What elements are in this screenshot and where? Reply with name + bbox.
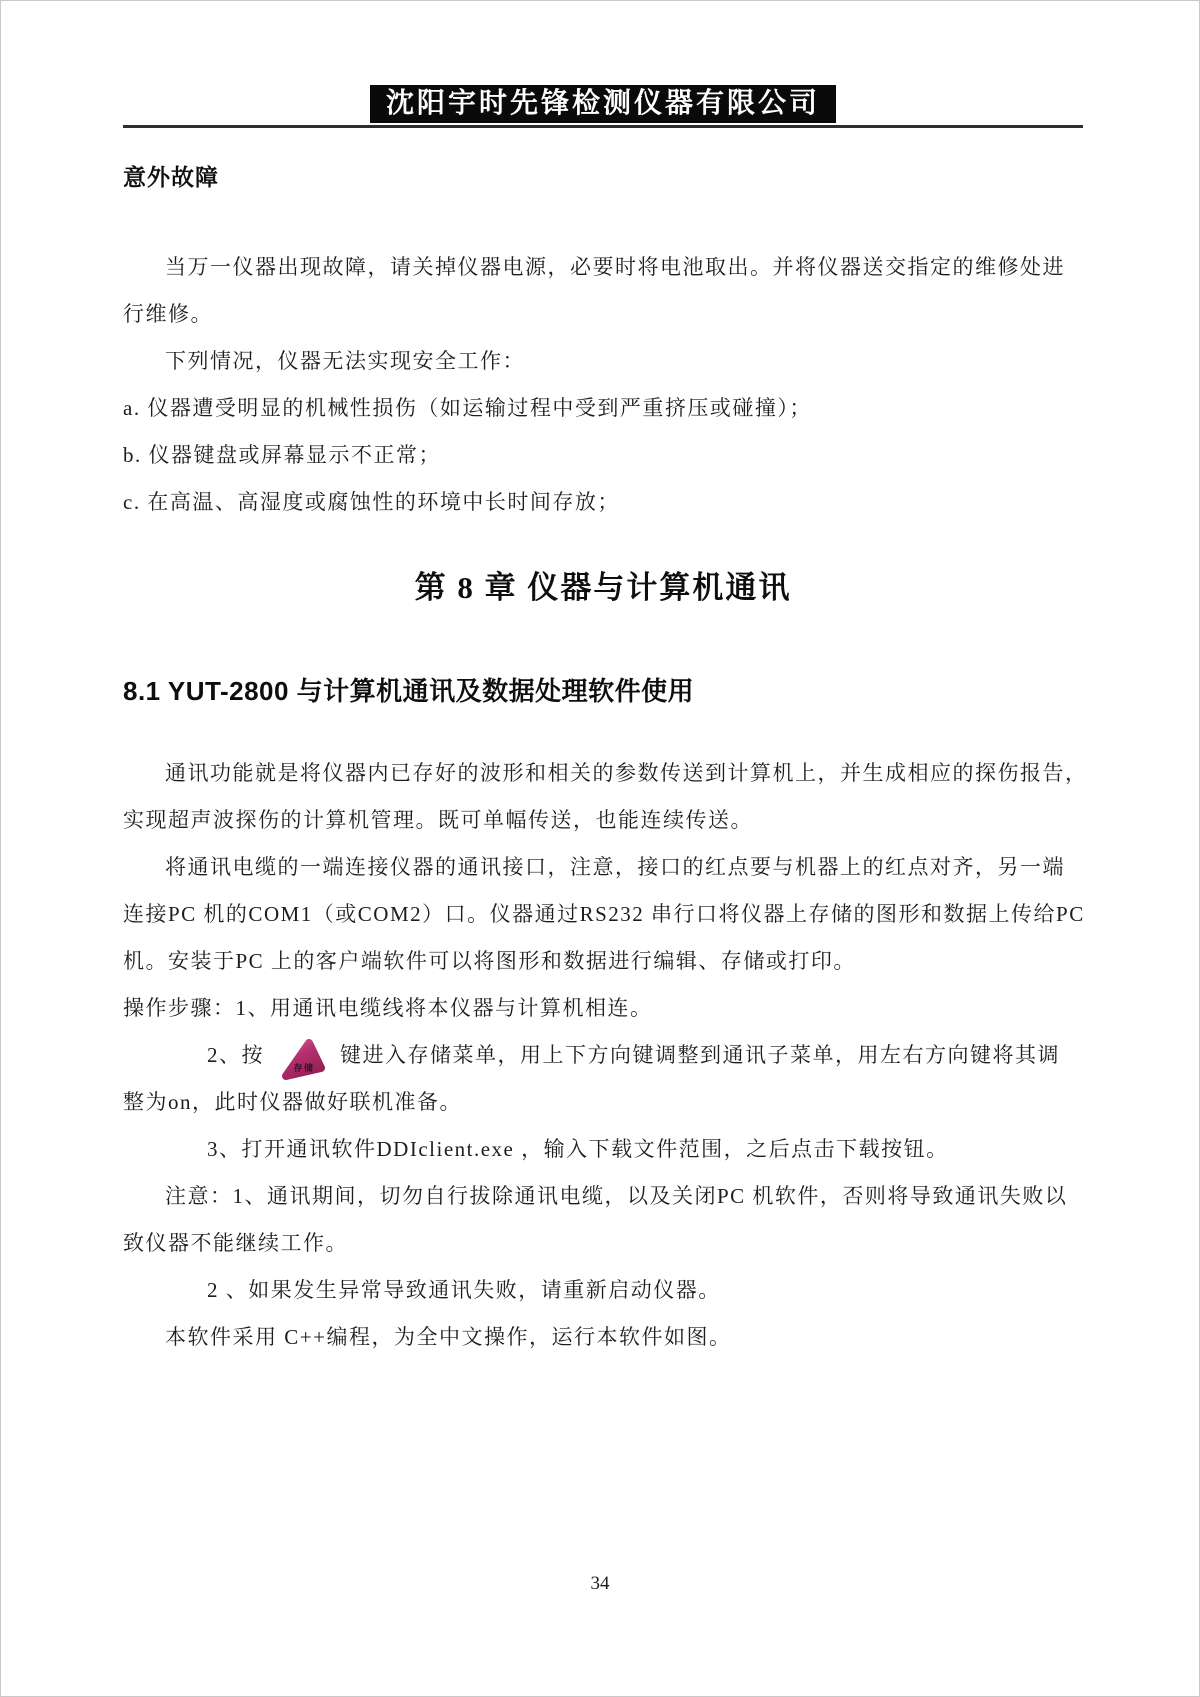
page-number: 34 [1,1573,1199,1595]
note-line: 注意：1、通讯期间，切勿自行拔除通讯电缆，以及关闭PC 机软件，否则将导致通讯失… [123,1173,1083,1220]
note-2-line: 2 、如果发生异常导致通讯失败，请重新启动仪器。 [207,1267,1083,1314]
paragraph-line: 致仪器不能继续工作。 [123,1220,1083,1267]
paragraph-line: 机。安装于PC 上的客户端软件可以将图形和数据进行编辑、存储或打印。 [123,938,1083,985]
paragraph-line: 本软件采用 C++编程，为全中文操作，运行本软件如图。 [123,1314,1083,1361]
comm-section-body: 通讯功能就是将仪器内已存好的波形和相关的参数传送到计算机上，并生成相应的探伤报告… [123,750,1083,1361]
section-8-1-heading: 8.1 YUT-2800 与计算机通讯及数据处理软件使用 [123,674,1083,708]
header-divider [123,125,1083,128]
step-2-line: 2、按 存储 键进入存储菜单，用上下方向键调整到通讯子菜单，用左右方向键将其调 [207,1032,1083,1079]
list-item-c: c. 在高温、高湿度或腐蚀性的环境中长时间存放； [123,479,1083,526]
fault-section-heading: 意外故障 [123,162,1083,192]
paragraph-line: 整为on，此时仪器做好联机准备。 [123,1079,1083,1126]
paragraph-line: 实现超声波探伤的计算机管理。既可单幅传送，也能连续传送。 [123,797,1083,844]
chapter-title: 第 8 章 仪器与计算机通讯 [123,568,1083,608]
paragraph-line: 连接PC 机的COM1（或COM2）口。仪器通过RS232 串行口将仪器上存储的… [123,891,1083,938]
paragraph-line: 行维修。 [123,291,1083,338]
list-item-a: a. 仪器遭受明显的机械性损伤（如运输过程中受到严重挤压或碰撞）； [123,385,1083,432]
store-key-icon: 存储 [276,1038,326,1082]
paragraph-line: 当万一仪器出现故障，请关掉仪器电源，必要时将电池取出。并将仪器送交指定的维修处进 [123,244,1083,291]
manual-page: 沈阳宇时先锋检测仪器有限公司 意外故障 当万一仪器出现故障，请关掉仪器电源，必要… [0,0,1200,1697]
step-2-prefix: 2、按 [207,1043,264,1067]
company-name-banner: 沈阳宇时先锋检测仪器有限公司 [370,85,836,123]
paragraph-line: 将通讯电缆的一端连接仪器的通讯接口，注意，接口的红点要与机器上的红点对齐，另一端 [123,844,1083,891]
fault-section-body: 当万一仪器出现故障，请关掉仪器电源，必要时将电池取出。并将仪器送交指定的维修处进… [123,244,1083,526]
store-key-icon-label: 存储 [293,1062,314,1073]
operation-steps-line: 操作步骤：1、用通讯电缆线将本仪器与计算机相连。 [123,985,1083,1032]
list-item-b: b. 仪器键盘或屏幕显示不正常； [123,432,1083,479]
page-header: 沈阳宇时先锋检测仪器有限公司 [123,85,1083,128]
paragraph-line: 下列情况，仪器无法实现安全工作： [123,338,1083,385]
step-2-suffix: 键进入存储菜单，用上下方向键调整到通讯子菜单，用左右方向键将其调 [340,1043,1060,1067]
step-3-line: 3、打开通讯软件DDIclient.exe ，输入下载文件范围，之后点击下载按钮… [207,1126,1083,1173]
paragraph-line: 通讯功能就是将仪器内已存好的波形和相关的参数传送到计算机上，并生成相应的探伤报告… [123,750,1083,797]
